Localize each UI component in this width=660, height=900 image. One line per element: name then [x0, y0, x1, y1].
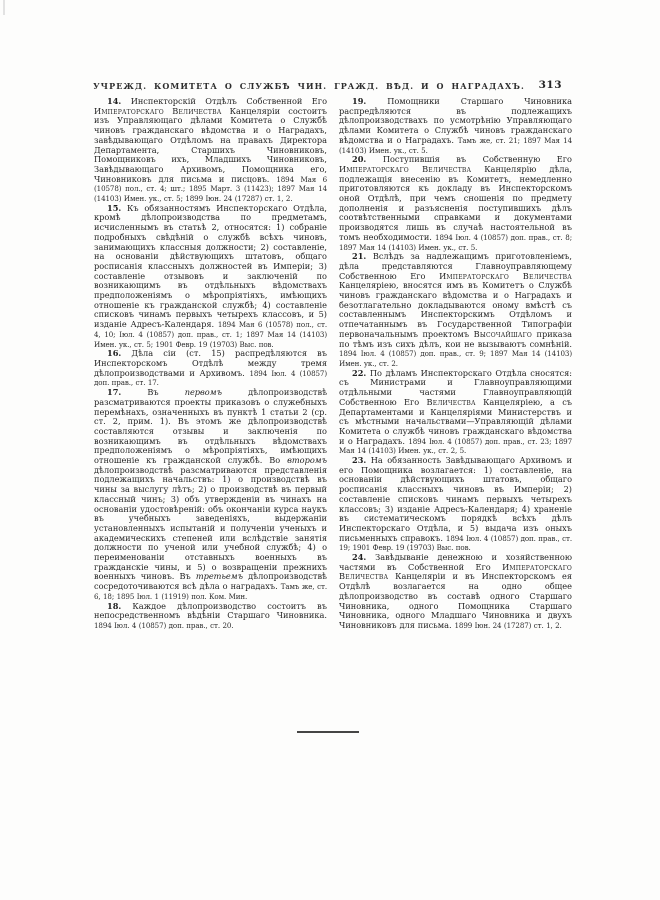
article-24: 24. Завѣдываніе денежною и хозяйственною… — [339, 553, 572, 631]
article-15: 15. Къ обязанностямъ Инспекторскаго Отдѣ… — [94, 204, 327, 350]
citation: 1894 Іюл. 4 (10857) доп. прав., ст. 9; 1… — [339, 349, 572, 368]
article-number: 23. — [352, 455, 366, 465]
body-text: Каждое дѣлопроизводство состоитъ въ непо… — [94, 601, 327, 621]
body-text: дѣлопроизводствѣ разсматриваются проекты… — [94, 387, 327, 465]
article-number: 17. — [107, 387, 121, 397]
citation: 1894 Іюл. 4 (10857) доп. прав., ст. 20. — [94, 621, 233, 630]
smallcaps-text: Императорскаго Величества — [339, 164, 471, 174]
article-number: 22. — [352, 368, 366, 378]
article-number: 18. — [107, 601, 121, 611]
article-19: 19. Помощники Старшаго Чиновника распред… — [339, 97, 572, 155]
citation: 1899 Іюн. 24 (17287) ст. 1, 2. — [455, 621, 562, 630]
article-number: 16. — [107, 348, 121, 358]
body-text: Поступившія въ Собственную Его — [366, 154, 572, 164]
emphasis-text: третьемъ — [196, 571, 243, 581]
body-text: На обязанность Завѣдывающаго Архивомъ и … — [339, 455, 572, 543]
smallcaps-text: Высочайшаго — [474, 329, 532, 339]
text-columns: 14. Инспекторскій Отдѣлъ Собственной Его… — [94, 97, 572, 631]
left-column: 14. Инспекторскій Отдѣлъ Собственной Его… — [94, 97, 327, 631]
smallcaps-text: Императорскаго Величества — [439, 271, 572, 281]
body-text: Канцелярію дѣла, подлежащія внесенію въ … — [339, 164, 572, 242]
right-column: 19. Помощники Старшаго Чиновника распред… — [339, 97, 572, 631]
body-text: дѣлопроизводствѣ разсматриваются предста… — [94, 465, 327, 582]
body-text: Инспекторскій Отдѣлъ Собственной Его — [121, 96, 327, 106]
section-divider — [297, 731, 359, 733]
scanned-page: УЧРЕЖД. КОМИТЕТА О СЛУЖБѢ ЧИН. ГРАЖД. ВѢ… — [0, 0, 660, 900]
running-title: УЧРЕЖД. КОМИТЕТА О СЛУЖБѢ ЧИН. ГРАЖД. ВѢ… — [70, 81, 548, 91]
article-number: 20. — [352, 154, 366, 164]
page-header: УЧРЕЖД. КОМИТЕТА О СЛУЖБѢ ЧИН. ГРАЖД. ВѢ… — [94, 81, 572, 95]
article-17: 17. Въ первомъ дѣлопроизводствѣ разсматр… — [94, 388, 327, 601]
article-21: 21. Вслѣдъ за надлежащимъ приготовленіем… — [339, 252, 572, 368]
smallcaps-text: Величества — [427, 397, 476, 407]
article-number: 21. — [352, 251, 366, 261]
body-text: Въ — [121, 387, 184, 397]
emphasis-text: первомъ — [185, 387, 222, 397]
article-number: 24. — [352, 552, 366, 562]
article-number: 14. — [107, 96, 121, 106]
smallcaps-text: Императорскаго Величества — [94, 106, 221, 116]
scan-edge-artifact — [3, 0, 5, 15]
article-number: 15. — [107, 203, 121, 213]
article-22: 22. По дѣламъ Инспекторскаго Отдѣла снос… — [339, 369, 572, 456]
body-text: Къ обязанностямъ Инспекторскаго Отдѣла, … — [94, 203, 327, 329]
body-text: Канцеляріи состоитъ изъ Управляющаго дѣл… — [94, 106, 327, 184]
emphasis-text: второмъ — [287, 455, 327, 465]
page-number: 313 — [539, 79, 562, 91]
article-23: 23. На обязанность Завѣдывающаго Архивом… — [339, 456, 572, 553]
article-number: 19. — [352, 96, 366, 106]
article-16: 16. Дѣла сіи (ст. 15) распредѣляются въ … — [94, 349, 327, 388]
article-18: 18. Каждое дѣлопроизводство состоитъ въ … — [94, 602, 327, 631]
article-20: 20. Поступившія въ Собственную Его Импер… — [339, 155, 572, 252]
article-14: 14. Инспекторскій Отдѣлъ Собственной Его… — [94, 97, 327, 204]
